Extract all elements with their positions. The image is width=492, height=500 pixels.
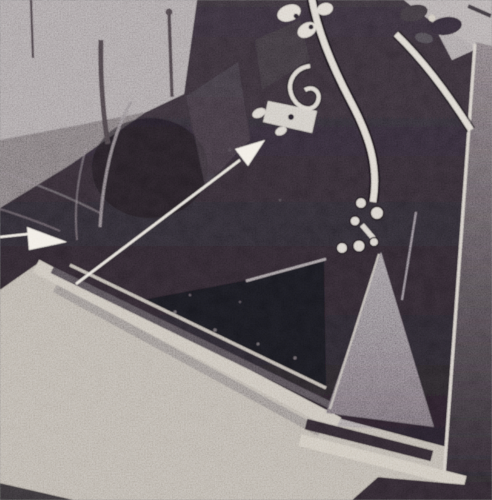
photo-canvas: Open sheet-metal box on a bench with a w… <box>0 0 492 500</box>
photograph: Open sheet-metal box on a bench with a w… <box>0 0 492 500</box>
film-grain-overlay <box>0 0 492 500</box>
